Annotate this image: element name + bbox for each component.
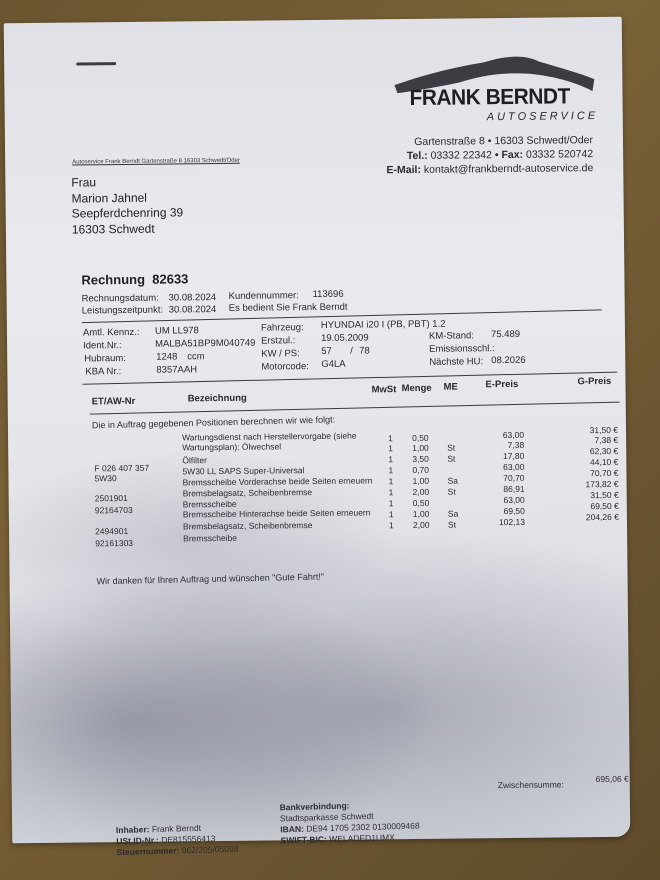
tax-no: 062/205/05098 bbox=[182, 844, 239, 856]
sender-line: Autoservice Frank Berndt Gartenstraße 8 … bbox=[72, 158, 240, 166]
bic: WELADED1UMX bbox=[329, 832, 395, 844]
recipient-name: Marion Jahnel bbox=[71, 190, 183, 207]
row-part-no: 92164703 bbox=[95, 505, 133, 515]
row-total: 69,50 € bbox=[590, 501, 618, 511]
row-qty: 1,00 bbox=[412, 443, 429, 453]
kba: 8357AAH bbox=[156, 364, 197, 375]
row-description: Bremsscheibe bbox=[183, 533, 237, 544]
row-unit: St bbox=[448, 487, 456, 497]
iban-label: IBAN: bbox=[280, 824, 304, 835]
service-date-label: Leistungszeitpunkt: bbox=[82, 305, 163, 317]
row-vat: 1 bbox=[388, 465, 393, 475]
row-total: 173,82 € bbox=[585, 479, 618, 489]
company-subtitle: AUTOSERVICE bbox=[487, 110, 599, 123]
row-unit-price: 69,50 bbox=[504, 506, 525, 516]
row-unit-price: 63,00 bbox=[503, 462, 524, 472]
row-unit-price: 86,91 bbox=[503, 484, 524, 494]
model-label: Fahrzeug: bbox=[261, 322, 304, 333]
vin: MALBA51BP9M040749 bbox=[155, 338, 255, 350]
row-vat: 1 bbox=[388, 476, 393, 486]
row-part-no: 5W30 bbox=[94, 473, 116, 483]
invoice-paper: FRANK BERNDT AUTOSERVICE Gartenstraße 8 … bbox=[4, 17, 631, 843]
invoice-number: 82633 bbox=[152, 271, 188, 286]
engine: G4LA bbox=[321, 359, 345, 370]
displacement-unit: ccm bbox=[187, 351, 205, 362]
mileage-label: KM-Stand: bbox=[429, 330, 474, 341]
row-unit-price: 7,38 bbox=[508, 440, 525, 450]
row-description: Bremsscheibe bbox=[183, 499, 237, 510]
col-header-qty: Menge bbox=[402, 383, 432, 394]
displacement: 1248 bbox=[156, 351, 177, 362]
row-vat: 1 bbox=[388, 443, 393, 453]
invoice-date: 30.08.2024 bbox=[169, 292, 217, 303]
plate-label: Amtl. Kennz.: bbox=[83, 327, 140, 339]
row-description: Wartungsplan): Ölwechsel bbox=[182, 441, 281, 452]
col-header-part-no: ET/AW-Nr bbox=[92, 396, 136, 407]
mileage: 75.489 bbox=[491, 329, 520, 340]
company-name: FRANK BERNDT bbox=[409, 83, 570, 111]
row-unit-price: 70,70 bbox=[503, 473, 524, 483]
col-header-description: Bezeichnung bbox=[188, 393, 247, 405]
row-part-no: F 026 407 357 bbox=[94, 463, 149, 474]
vat-id-label: USt.ID-Nr.: bbox=[116, 835, 159, 846]
owner: Frank Berndt bbox=[152, 823, 201, 834]
row-total: 31,50 € bbox=[590, 425, 618, 435]
row-qty: 2,00 bbox=[413, 487, 430, 497]
iban: DE94 1705 2302 0130009468 bbox=[306, 821, 420, 834]
row-unit-price: 102,13 bbox=[499, 517, 525, 527]
recipient-city: 16303 Schwedt bbox=[72, 221, 184, 238]
thanks-message: Wir danken für Ihren Auftrag und wünsche… bbox=[96, 572, 324, 587]
row-total: 70,70 € bbox=[590, 468, 618, 478]
row-unit: St bbox=[447, 443, 455, 453]
next-hu: 08.2026 bbox=[491, 355, 525, 366]
vin-label: Ident.Nr.: bbox=[83, 340, 122, 351]
vat-id: DE815556413 bbox=[161, 833, 216, 845]
row-unit-price: 63,00 bbox=[503, 430, 524, 440]
row-part-no: 2501901 bbox=[95, 493, 128, 503]
row-qty: 0,50 bbox=[412, 433, 429, 443]
email-label: E-Mail: bbox=[386, 164, 421, 176]
row-description: Bremsbelagsatz, Scheibenbremse bbox=[183, 520, 313, 531]
row-description: Ölfilter bbox=[182, 455, 207, 465]
first-reg-label: Erstzul.: bbox=[261, 335, 295, 346]
next-hu-label: Nächste HU: bbox=[429, 356, 483, 368]
tel-label: Tel.: bbox=[407, 150, 428, 162]
row-total: 7,38 € bbox=[594, 435, 618, 445]
header-divider bbox=[90, 402, 620, 415]
email-value: kontakt@frankberndt-autoservice.de bbox=[424, 162, 594, 176]
row-description: 5W30 LL SAPS Super-Universal bbox=[182, 465, 304, 476]
displacement-label: Hubraum: bbox=[84, 353, 126, 364]
row-qty: 1,00 bbox=[412, 476, 429, 486]
staple-mark bbox=[76, 62, 116, 65]
row-part-no: 92161303 bbox=[95, 538, 133, 548]
customer-no-label: Kundennummer: bbox=[229, 290, 299, 302]
row-qty: 2,00 bbox=[413, 520, 430, 530]
footer-bank-block: Bankverbindung: Stadtsparkasse Schwedt I… bbox=[280, 799, 421, 847]
invoice-title-label: Rechnung bbox=[81, 272, 145, 288]
row-qty: 3,50 bbox=[412, 454, 429, 464]
invoice-title: Rechnung 82633 bbox=[81, 271, 188, 287]
fax-label: • Fax: bbox=[495, 149, 523, 161]
row-qty: 0,50 bbox=[413, 498, 430, 508]
subtotal-value: 695,06 € bbox=[596, 774, 629, 784]
company-contact: Gartenstraße 8 • 16303 Schwedt/Oder Tel.… bbox=[386, 133, 593, 177]
fax-value: 03332 520742 bbox=[526, 148, 593, 161]
row-vat: 1 bbox=[388, 454, 393, 464]
row-unit-price: 17,80 bbox=[503, 451, 524, 461]
row-vat: 1 bbox=[388, 433, 393, 443]
row-unit: St bbox=[447, 454, 455, 464]
row-unit: St bbox=[448, 520, 456, 530]
recipient-salutation: Frau bbox=[71, 174, 183, 191]
table-intro: Die in Auftrag gegebenen Positionen bere… bbox=[92, 414, 335, 430]
row-vat: 1 bbox=[389, 520, 394, 530]
footer-owner-block: Inhaber: Frank Berndt USt.ID-Nr.: DE8155… bbox=[116, 822, 239, 858]
bic-label: SWIFT-BIC: bbox=[280, 834, 327, 845]
row-unit-price: 63,00 bbox=[503, 495, 524, 505]
power-label: KW / PS: bbox=[261, 348, 300, 359]
row-description: Bremsscheibe Hinterachse beide Seiten er… bbox=[183, 507, 371, 519]
engine-label: Motorcode: bbox=[261, 361, 309, 372]
model: HYUNDAI i20 I (PB, PBT) 1.2 bbox=[321, 319, 446, 331]
row-part-no: 2494901 bbox=[95, 526, 128, 536]
row-total: 31,50 € bbox=[590, 490, 618, 500]
row-qty: 1,00 bbox=[413, 509, 430, 519]
bank-label: Bankverbindung: bbox=[280, 800, 350, 812]
recipient-street: Seepferdchenring 39 bbox=[72, 205, 184, 222]
power-sep: / bbox=[350, 346, 353, 357]
row-description: Bremsbelagsatz, Scheibenbremse bbox=[183, 487, 313, 498]
col-header-unit-price: E-Preis bbox=[485, 379, 518, 390]
served-by: Es bedient Sie Frank Berndt bbox=[229, 302, 348, 314]
tel-value: 03332 22342 bbox=[431, 149, 492, 162]
row-total: 204,26 € bbox=[586, 512, 619, 522]
service-date: 30.08.2024 bbox=[169, 304, 217, 315]
power-kw: 57 bbox=[321, 346, 332, 357]
kba-label: KBA Nr.: bbox=[85, 366, 121, 377]
col-header-total: G-Preis bbox=[577, 376, 611, 387]
row-description: Bremsscheibe Vorderachse beide Seiten er… bbox=[182, 475, 372, 487]
emission-label: Emissionsschl.: bbox=[429, 343, 495, 355]
power-ps: 78 bbox=[359, 345, 370, 356]
recipient-address: Frau Marion Jahnel Seepferdchenring 39 1… bbox=[71, 174, 183, 237]
row-vat: 1 bbox=[389, 498, 394, 508]
row-total: 62,30 € bbox=[590, 446, 618, 456]
customer-no: 113696 bbox=[313, 289, 344, 300]
col-header-unit: ME bbox=[444, 382, 458, 393]
row-total: 44,10 € bbox=[590, 457, 618, 467]
invoice-date-label: Rechnungsdatum: bbox=[82, 293, 159, 305]
plate: UM LL978 bbox=[155, 325, 199, 336]
row-unit: Sa bbox=[448, 509, 459, 519]
first-reg: 19.05.2009 bbox=[321, 332, 369, 343]
row-unit: Sa bbox=[447, 476, 458, 486]
row-vat: 1 bbox=[389, 509, 394, 519]
line-items: Wartungsdienst nach Herstellervorgabe (s… bbox=[4, 17, 622, 23]
owner-label: Inhaber: bbox=[116, 824, 150, 835]
col-header-vat: MwSt bbox=[372, 384, 397, 395]
subtotal-label: Zwischensumme: bbox=[498, 779, 564, 790]
tax-no-label: Steuernummer: bbox=[116, 845, 179, 857]
row-vat: 1 bbox=[389, 487, 394, 497]
row-qty: 0,70 bbox=[412, 465, 429, 475]
